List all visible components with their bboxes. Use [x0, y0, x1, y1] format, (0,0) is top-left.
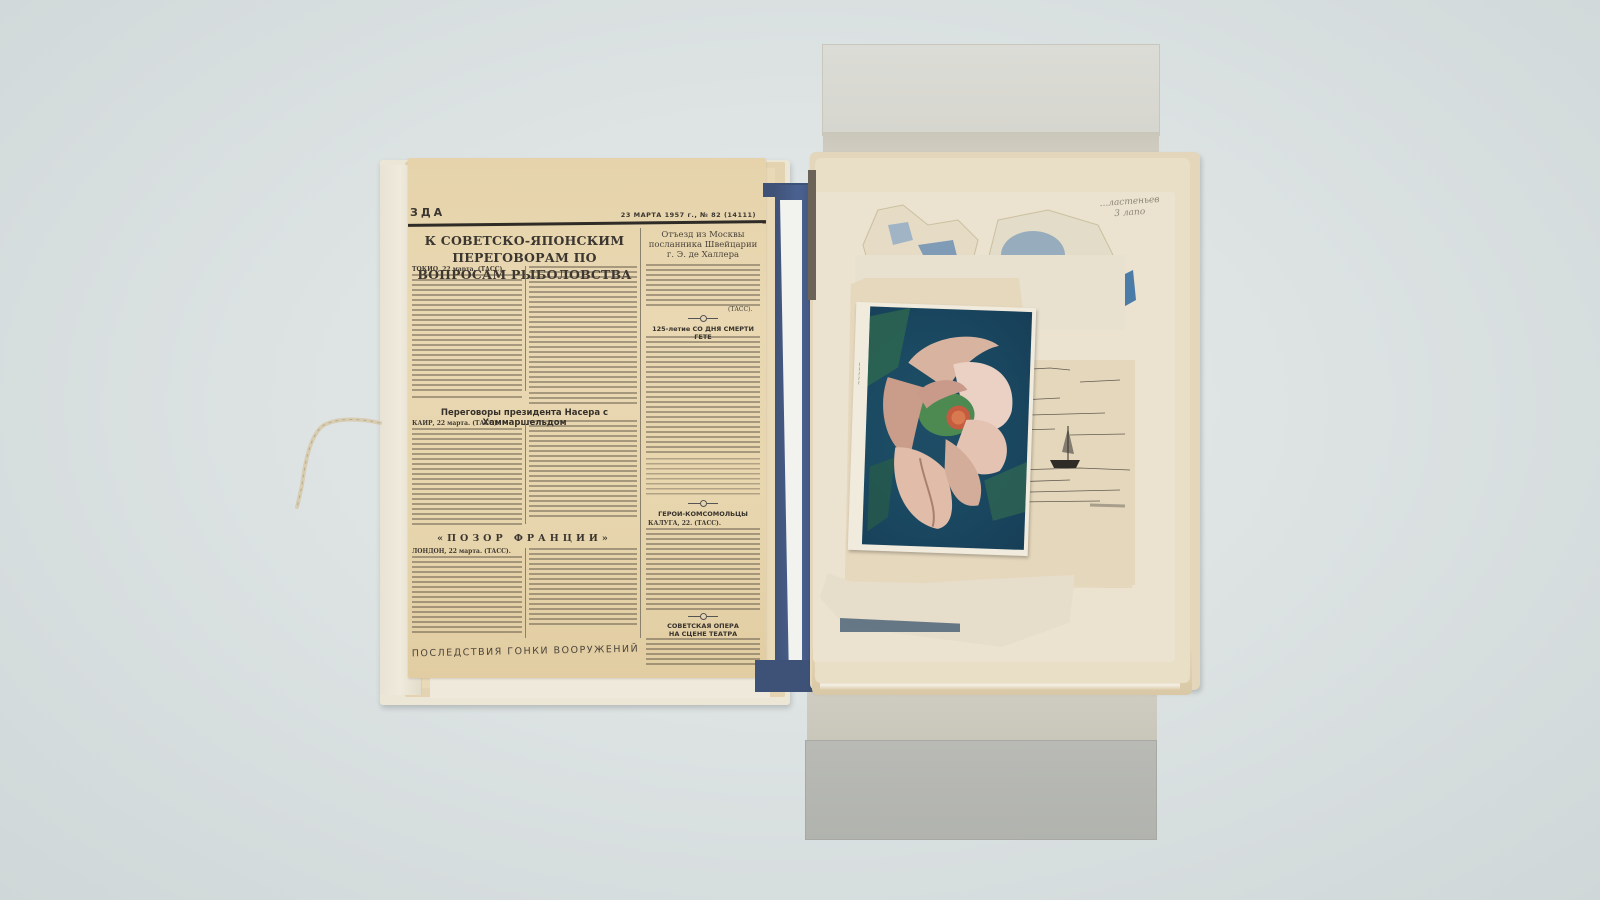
ornament-divider	[688, 503, 718, 504]
newspaper-blank-top	[408, 158, 766, 208]
newspaper-clipping: ЗДА 23 МАРТА 1957 г., № 82 (14111) К СОВ…	[408, 158, 766, 678]
article-text	[412, 556, 522, 636]
issue-date: 23 МАРТА 1957 г., № 82 (14111)	[621, 211, 756, 219]
article-text	[646, 528, 760, 613]
column-divider	[640, 228, 641, 638]
france-article-title: «ПОЗОР ФРАНЦИИ»	[412, 533, 637, 544]
folder-bottom-flap-fold	[807, 692, 1157, 740]
article-text	[412, 274, 522, 394]
ornament-divider	[688, 318, 718, 319]
column-divider	[525, 266, 526, 391]
masthead-rule	[408, 220, 766, 227]
opera-article-title-1: СОВЕТСКАЯ ОПЕРА	[646, 622, 760, 630]
article-text	[529, 420, 637, 520]
newspaper-masthead: ЗДА 23 МАРТА 1957 г., № 82 (14111)	[408, 206, 766, 219]
tie-string-icon	[294, 415, 384, 515]
folder-bottom-flap[interactable]	[805, 740, 1157, 840]
folder-top-flap[interactable]	[822, 44, 1160, 136]
ornament-divider	[688, 616, 718, 617]
komsomol-article-title: ГЕРОИ-КОМСОМОЛЬЦЫ	[646, 510, 760, 518]
column-divider	[525, 420, 526, 524]
peony-painting	[862, 306, 1032, 550]
article-text	[646, 336, 760, 456]
masthead-name: ЗДА	[410, 206, 445, 219]
dateline-kaluga: КАЛУГА, 22. (ТАСС).	[648, 520, 721, 527]
peony-watercolor-card: ~~~~~	[848, 302, 1037, 556]
peony-flower-icon	[862, 306, 1032, 550]
side-article-title: Отъезд из Москвы посланника Швейцарии г.…	[644, 230, 762, 260]
dateline-tokyo: ТОКИО, 22 марта. (ТАСС).	[412, 266, 504, 273]
article-text	[529, 266, 637, 388]
article-text	[412, 428, 522, 526]
opera-article-title-2: НА СЦЕНЕ ТЕАТРА	[646, 630, 760, 638]
article-text	[646, 264, 760, 306]
flower-card-label: ~~~~~	[856, 362, 863, 385]
article-text	[646, 638, 760, 668]
dateline-cairo: КАИР, 22 марта. (ТАСС).	[412, 420, 499, 427]
article-text	[646, 458, 760, 498]
footer-headline: ПОСЛЕДСТВИЯ ГОНКИ ВООРУЖЕНИЙ	[408, 644, 643, 660]
dateline-london: ЛОНДОН, 22 марта. (ТАСС).	[412, 548, 511, 555]
picture-frame-edge	[808, 170, 816, 300]
article-text	[412, 396, 522, 401]
tass-tag: (ТАСС).	[728, 306, 752, 313]
article-text	[529, 548, 637, 626]
article-text	[529, 392, 637, 406]
column-divider	[525, 548, 526, 638]
